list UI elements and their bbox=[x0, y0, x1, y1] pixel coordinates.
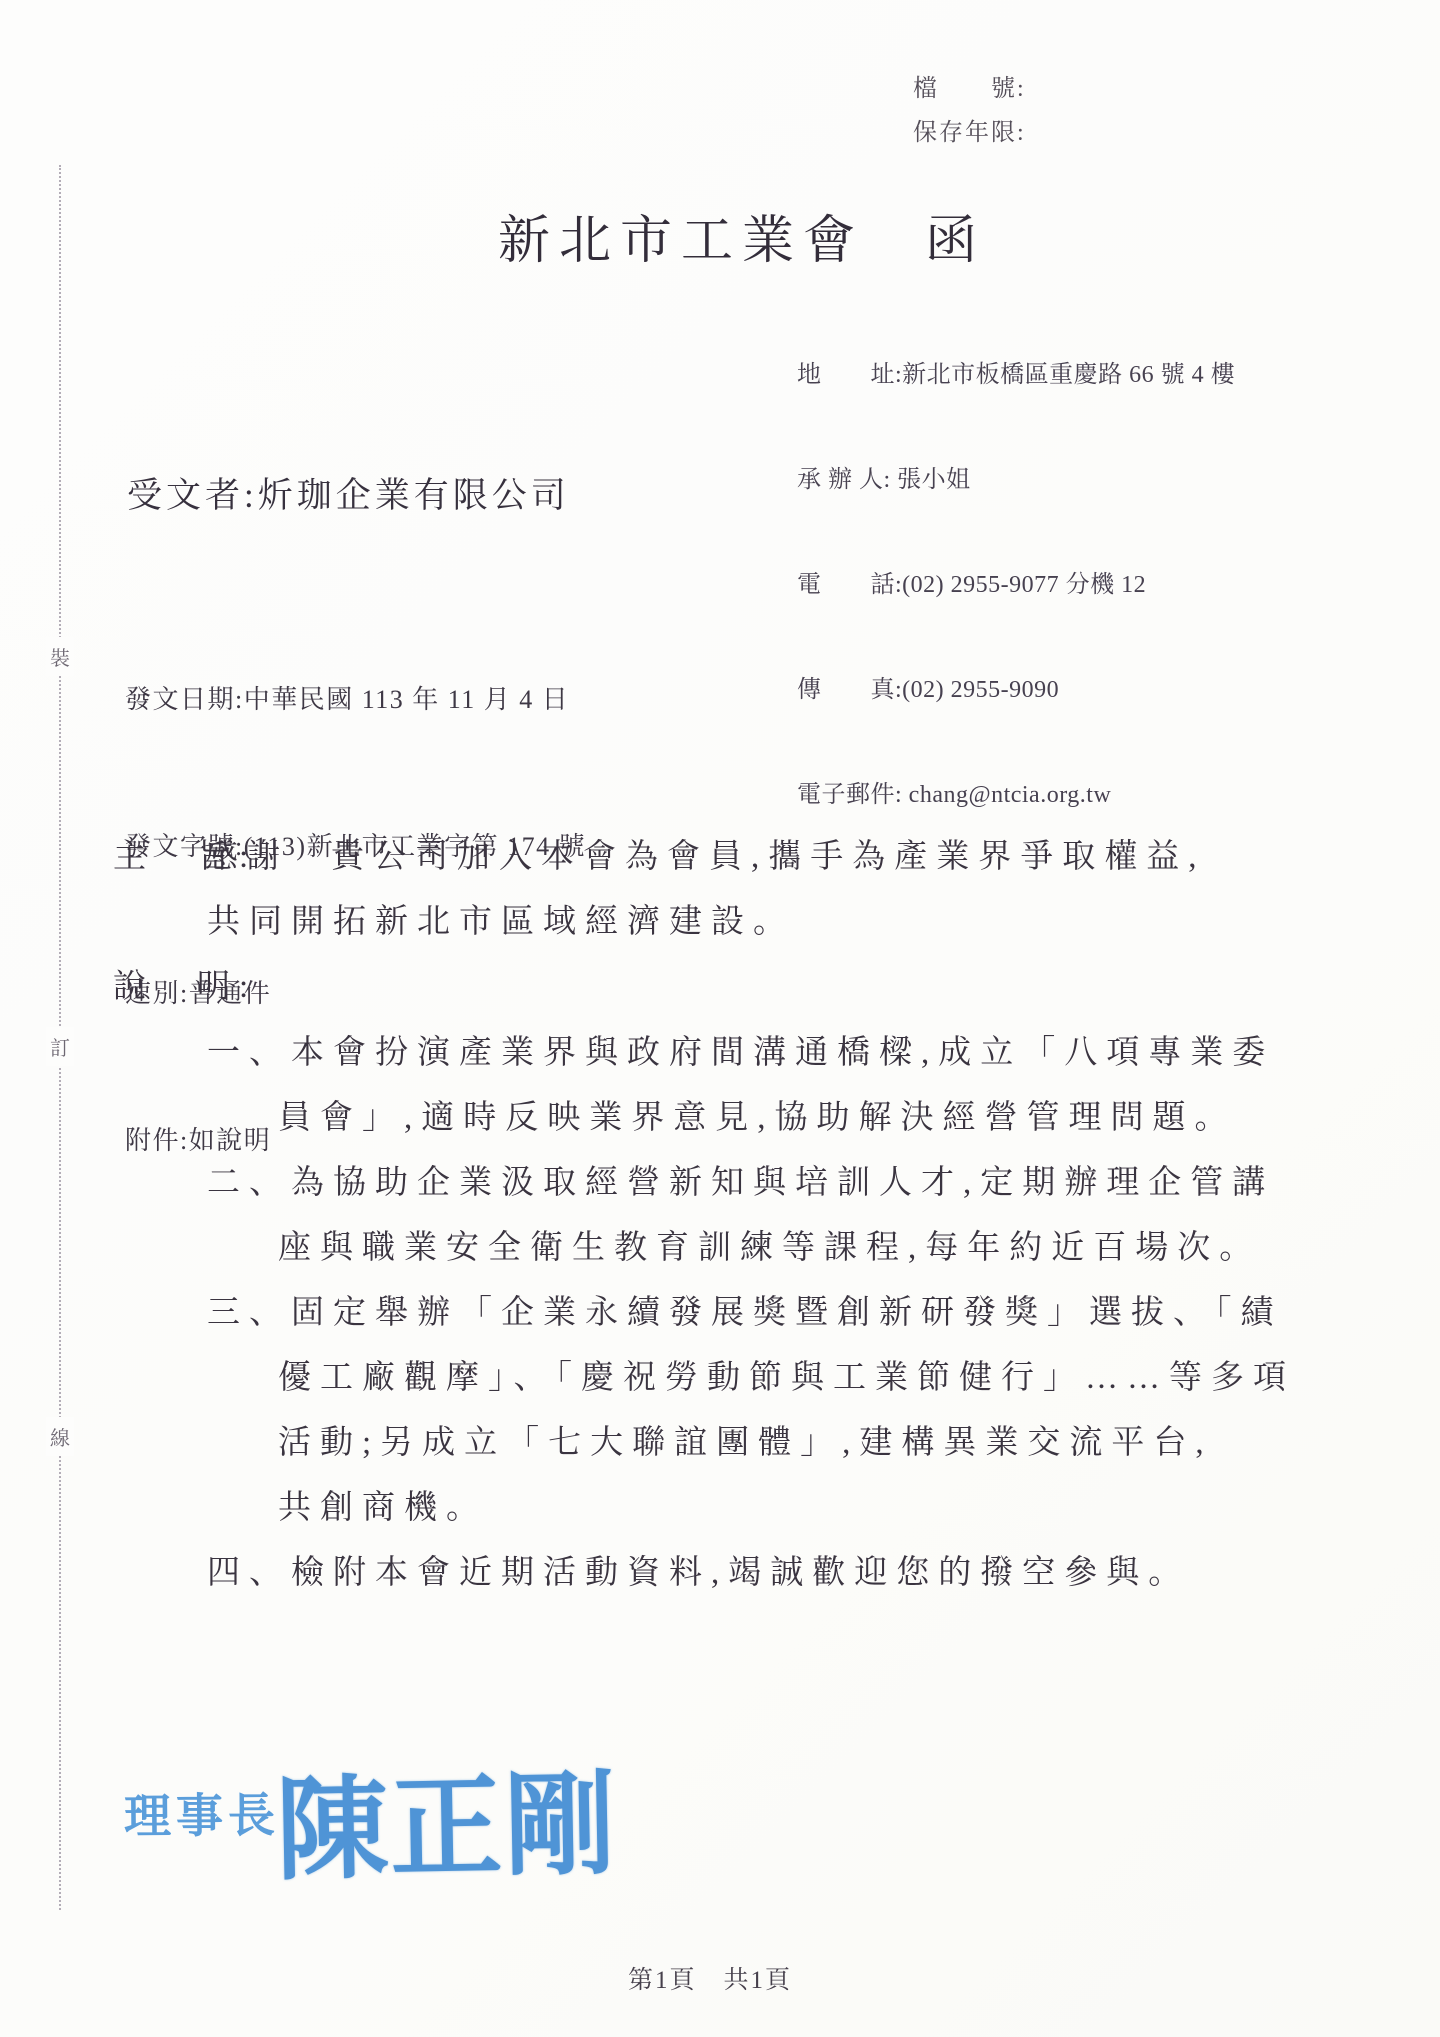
page-number-footer: 第1頁 共1頁 bbox=[628, 1960, 792, 1996]
contact-fax: 傳 真:(02) 2955-9090 bbox=[797, 673, 1235, 708]
signature-title-stamp: 理事長 bbox=[124, 1778, 281, 1846]
binding-mark-zhuang: 裝 bbox=[46, 637, 74, 676]
subject-line-2: 共同開拓新北市區域經濟建設。 bbox=[207, 895, 795, 942]
contact-block: 地 址:新北市板橋區重慶路 66 號 4 樓 承 辦 人: 張小姐 電 話:(0… bbox=[797, 288, 1235, 883]
archive-number-label: 檔 號: bbox=[913, 68, 1026, 103]
subject-line-1: 感謝 貴公司加入本會為會員,攜手為產業界爭取權益, bbox=[205, 830, 1206, 877]
meta-issue-date: 發文日期:中華民國 113 年 11 月 4 日 bbox=[125, 675, 586, 724]
retention-period-label: 保存年限: bbox=[913, 112, 1026, 147]
document-title: 新北市工業會 函 bbox=[498, 198, 986, 273]
explanation-label: 說 明: bbox=[113, 960, 257, 1007]
explanation-item-3-line-4: 共創商機。 bbox=[278, 1481, 488, 1528]
explanation-item-3-line-2: 優工廠觀摩」、「慶祝勞動節與工業節健行」……等多項 bbox=[278, 1351, 1295, 1398]
contact-phone: 電 話:(02) 2955-9077 分機 12 bbox=[797, 568, 1235, 603]
explanation-item-1-line-2: 員會」,適時反映業界意見,協助解決經營管理問題。 bbox=[278, 1091, 1237, 1138]
explanation-item-2-line-2: 座與職業安全衛生教育訓練等課程,每年約近百場次。 bbox=[278, 1221, 1261, 1268]
signature-name-stamp: 陳正剛 bbox=[275, 1735, 620, 1902]
explanation-item-2-line-1: 二、為協助企業汲取經營新知與培訓人才,定期辦理企管講 bbox=[207, 1156, 1274, 1203]
explanation-item-1-line-1: 一、本會扮演產業界與政府間溝通橋樑,成立「八項專業委 bbox=[207, 1026, 1274, 1073]
explanation-item-3-line-3: 活動;另成立「七大聯誼團體」,建構異業交流平台, bbox=[278, 1416, 1213, 1463]
contact-email: 電子郵件: chang@ntcia.org.tw bbox=[797, 778, 1235, 813]
recipient-line: 受文者:炘珈企業有限公司 bbox=[127, 468, 570, 518]
binding-mark-ding: 訂 bbox=[46, 1027, 74, 1066]
binding-mark-xian: 線 bbox=[46, 1417, 74, 1456]
contact-address: 地 址:新北市板橋區重慶路 66 號 4 樓 bbox=[797, 358, 1235, 393]
scanned-letter-page: 裝 訂 線 檔 號: 保存年限: 新北市工業會 函 地 址:新北市板橋區重慶路 … bbox=[0, 0, 1440, 2037]
explanation-item-3-line-1: 三、固定舉辦「企業永續發展獎暨創新研發獎」選拔、「績 bbox=[207, 1286, 1283, 1333]
contact-person: 承 辦 人: 張小姐 bbox=[797, 463, 1235, 498]
explanation-item-4-line-1: 四、檢附本會近期活動資料,竭誠歡迎您的撥空參與。 bbox=[207, 1546, 1190, 1593]
